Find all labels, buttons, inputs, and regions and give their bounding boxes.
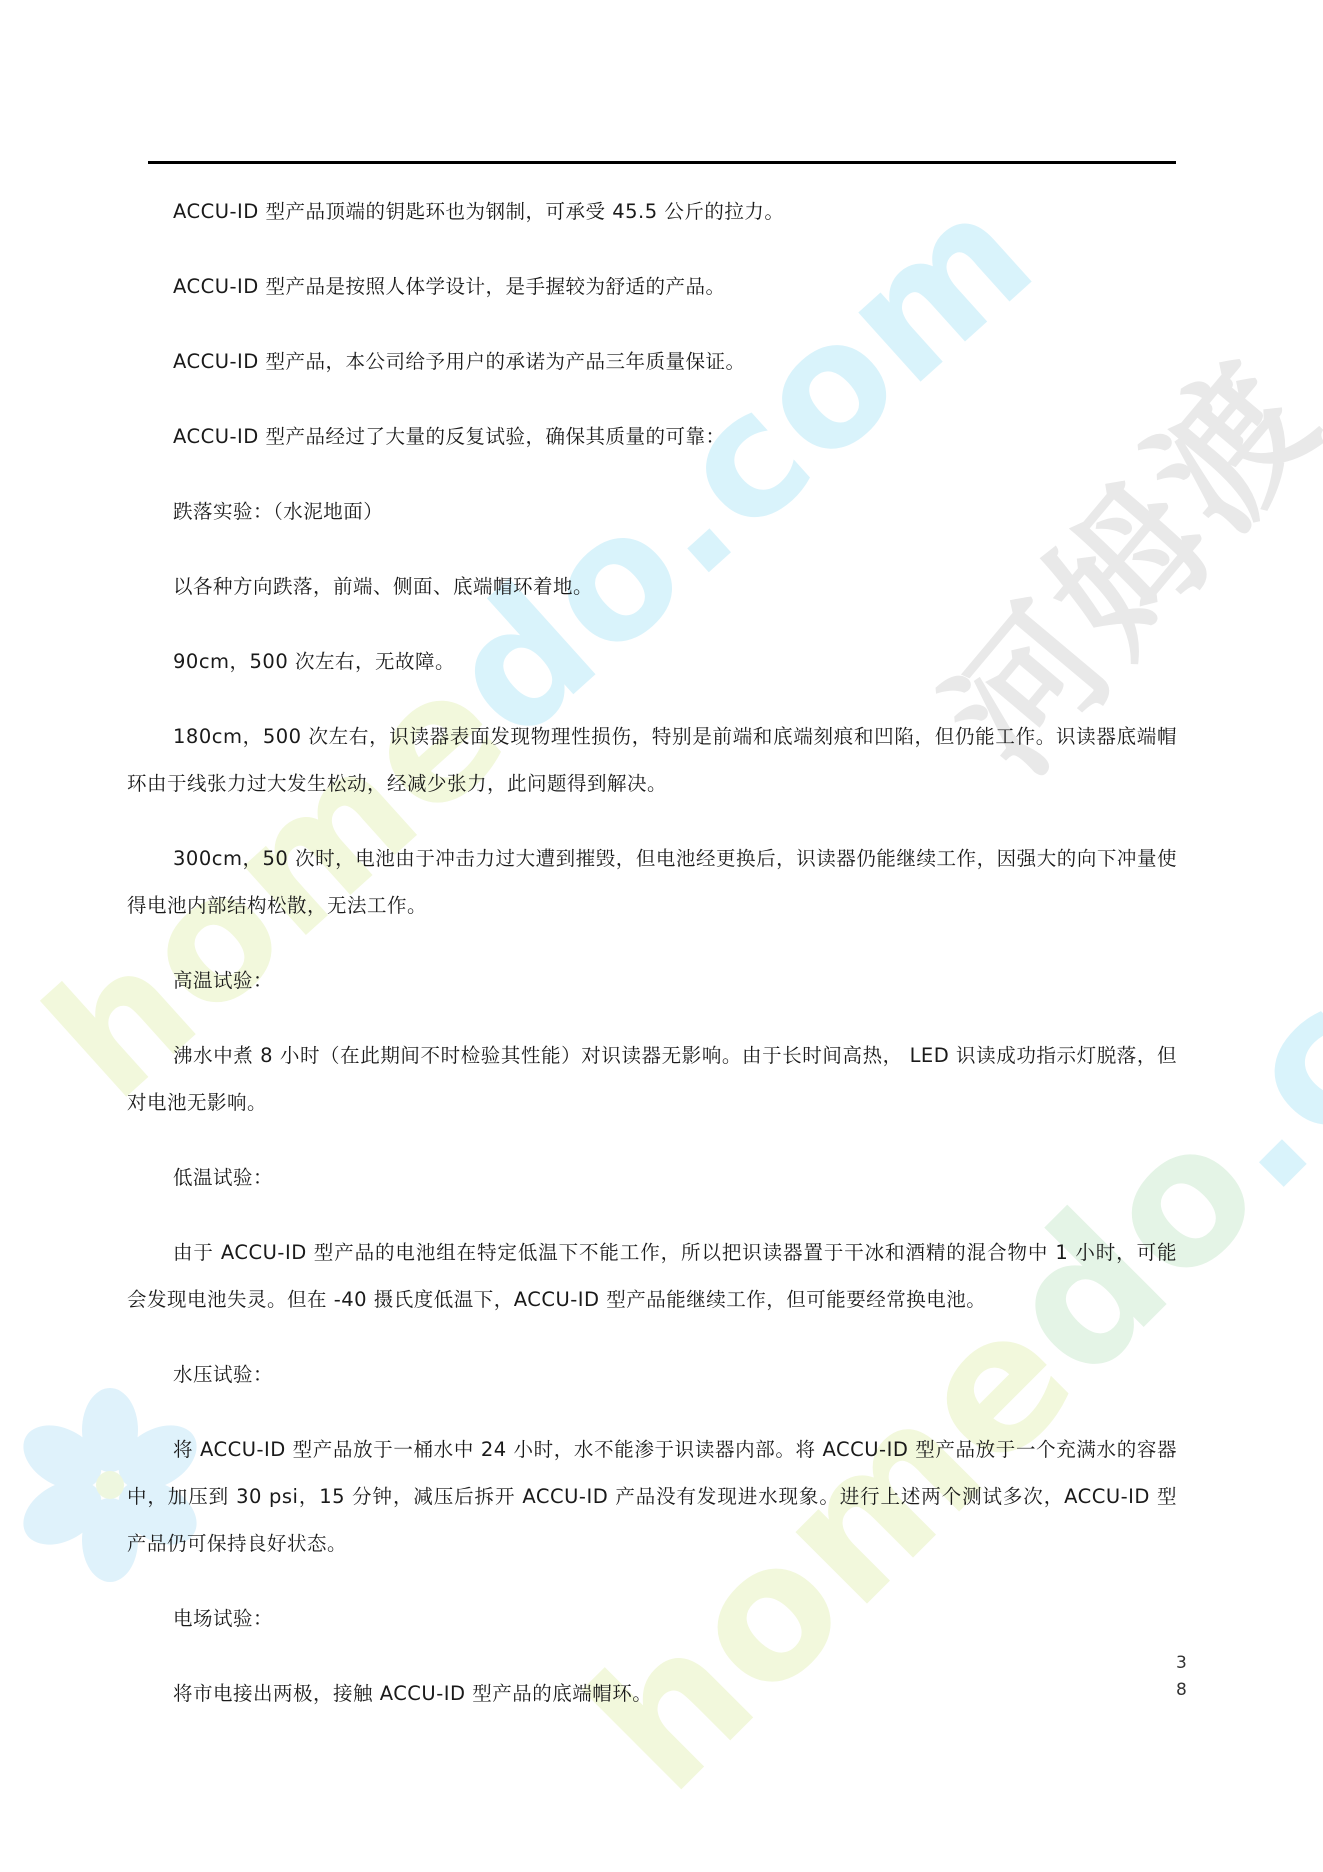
document-page: ACCU-ID 型产品顶端的钥匙环也为钢制，可承受 45.5 公斤的拉力。 AC… [0, 0, 1323, 1872]
paragraph-drop-300cm: 300cm，50 次时，电池由于冲击力过大遭到摧毁，但电池经更换后，识读器仍能继… [127, 835, 1177, 929]
section-heading-low-temp: 低温试验： [127, 1154, 1177, 1201]
section-heading-electric-field: 电场试验： [127, 1595, 1177, 1642]
section-heading-high-temp: 高温试验： [127, 957, 1177, 1004]
paragraph-keyring: ACCU-ID 型产品顶端的钥匙环也为钢制，可承受 45.5 公斤的拉力。 [127, 188, 1177, 235]
paragraph-drop-180cm: 180cm，500 次左右，识读器表面发现物理性损伤，特别是前端和底端刻痕和凹陷… [127, 713, 1177, 807]
page-number: 3 8 [1176, 1650, 1196, 1704]
header-rule [148, 161, 1176, 164]
page-number-digit-2: 8 [1176, 1677, 1196, 1704]
paragraph-water-pressure: 将 ACCU-ID 型产品放于一桶水中 24 小时，水不能渗于识读器内部。将 A… [127, 1426, 1177, 1567]
paragraph-ergonomics: ACCU-ID 型产品是按照人体学设计，是手握较为舒适的产品。 [127, 263, 1177, 310]
paragraph-high-temp: 沸水中煮 8 小时（在此期间不时检验其性能）对识读器无影响。由于长时间高热， L… [127, 1032, 1177, 1126]
paragraph-electric-field: 将市电接出两极，接触 ACCU-ID 型产品的底端帽环。 [127, 1670, 1177, 1717]
paragraph-testing-intro: ACCU-ID 型产品经过了大量的反复试验，确保其质量的可靠： [127, 413, 1177, 460]
paragraph-low-temp: 由于 ACCU-ID 型产品的电池组在特定低温下不能工作，所以把识读器置于干冰和… [127, 1229, 1177, 1323]
section-heading-water-pressure: 水压试验： [127, 1351, 1177, 1398]
page-number-digit-1: 3 [1176, 1650, 1196, 1677]
paragraph-warranty: ACCU-ID 型产品，本公司给予用户的承诺为产品三年质量保证。 [127, 338, 1177, 385]
section-heading-drop-test: 跌落实验：（水泥地面） [127, 488, 1177, 535]
document-body: ACCU-ID 型产品顶端的钥匙环也为钢制，可承受 45.5 公斤的拉力。 AC… [127, 188, 1177, 1745]
paragraph-drop-90cm: 90cm，500 次左右，无故障。 [127, 638, 1177, 685]
paragraph-drop-directions: 以各种方向跌落，前端、侧面、底端帽环着地。 [127, 563, 1177, 610]
